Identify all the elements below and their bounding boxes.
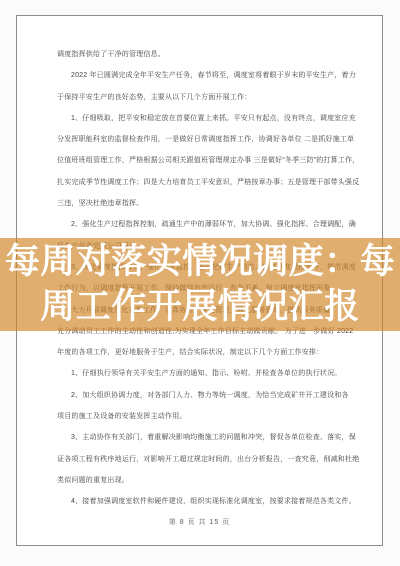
document-line: 2、加大组织协调力度，对各部门人力、物力等统一调度，为恰当完成矿井开工建设和各 [57,385,347,406]
document-line: 证各项工程有秩序地运行，对影响开工超过规定时间的，出台分析报告，一查究竟，削减和… [57,449,347,470]
document-line: 分发挥职能科室的监督检查作用，一是做好日常调度指挥工作，协调好各单位 二是抓好施… [57,129,347,150]
page-footer: 第 8 页 共 15 页 [17,517,382,527]
document-line: 项目的施工及设备的安装发挥主动作用。 [57,406,347,427]
document-line: 1、仔细执行领导有关平安生产方面的通知、指示、吩咐、并检查各单位的执行状况。 [57,363,347,384]
document-line: 2022 年已圆满完成全年平安生产任务，春节将至，调度室将着眼于岁末的平安生产，… [57,65,347,86]
screenshot-root: 调度指挥供给了干净的管理信息。2022 年已圆满完成全年平安生产任务，春节将至，… [0,0,400,566]
document-line: 扎实完成季节性调度工作；四是大力培育员工平安意识，严格按章办事；五是管理干部带头… [57,172,347,193]
overlay-title-line2: 周工作开展情况汇报 [0,284,400,330]
document-line: 1、仔细吸取，把平安和稳定放在首要位置上来抓。平安只有起点，没有终点，调度室应充 [57,108,347,129]
document-line: 三违，坚决杜绝违章指挥。 [57,193,347,214]
document-line: 于保持平安生产的良好态势，主要从以下几个方面开展工作： [57,87,347,108]
document-line: 3、主动协作有关部门，着重解决影响均衡施工的问题和冲突，督促各单位检查、落实，保 [57,427,347,448]
document-line: 位值班班组管理工作，严格根据公司相关跟值班管理规定办事 三是做好“冬季三防”的打… [57,150,347,171]
title-overlay-band: 每周对落实情况调度：每 周工作开展情况汇报 [0,238,400,331]
document-line: 4、接着加强调度室软件和硬件建设，组织实现标准化调度室，按要求接着规范各类文件。 [57,491,347,512]
document-line: 年度的各项工作，更好地服务于生产，结合实际状况，制定以下几个方面工作安排： [57,342,347,363]
overlay-title-line1: 每周对落实情况调度：每 [0,239,400,285]
document-line: 调度指挥供给了干净的管理信息。 [57,44,347,65]
document-line: 2、强化生产过程指挥控制，疏通生产中的薄弱环节，加大协调、强化指挥、合理调配，确 [57,214,347,235]
document-line: 类似问题的重复出现。 [57,470,347,491]
